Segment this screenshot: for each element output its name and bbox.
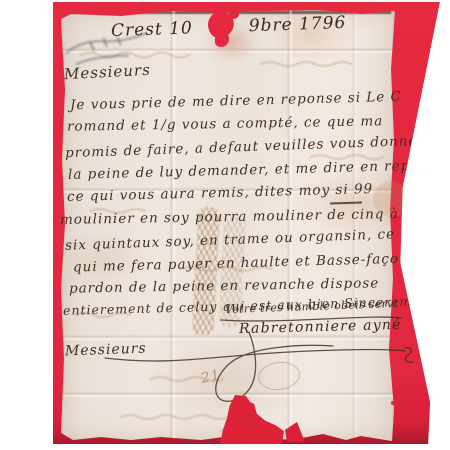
letter-photo[interactable]: Crest 109bre 1796 Messieurs Je vous prie…	[53, 2, 445, 444]
signature-flourish-icon	[53, 2, 445, 444]
edge-speck-icon	[391, 401, 395, 405]
